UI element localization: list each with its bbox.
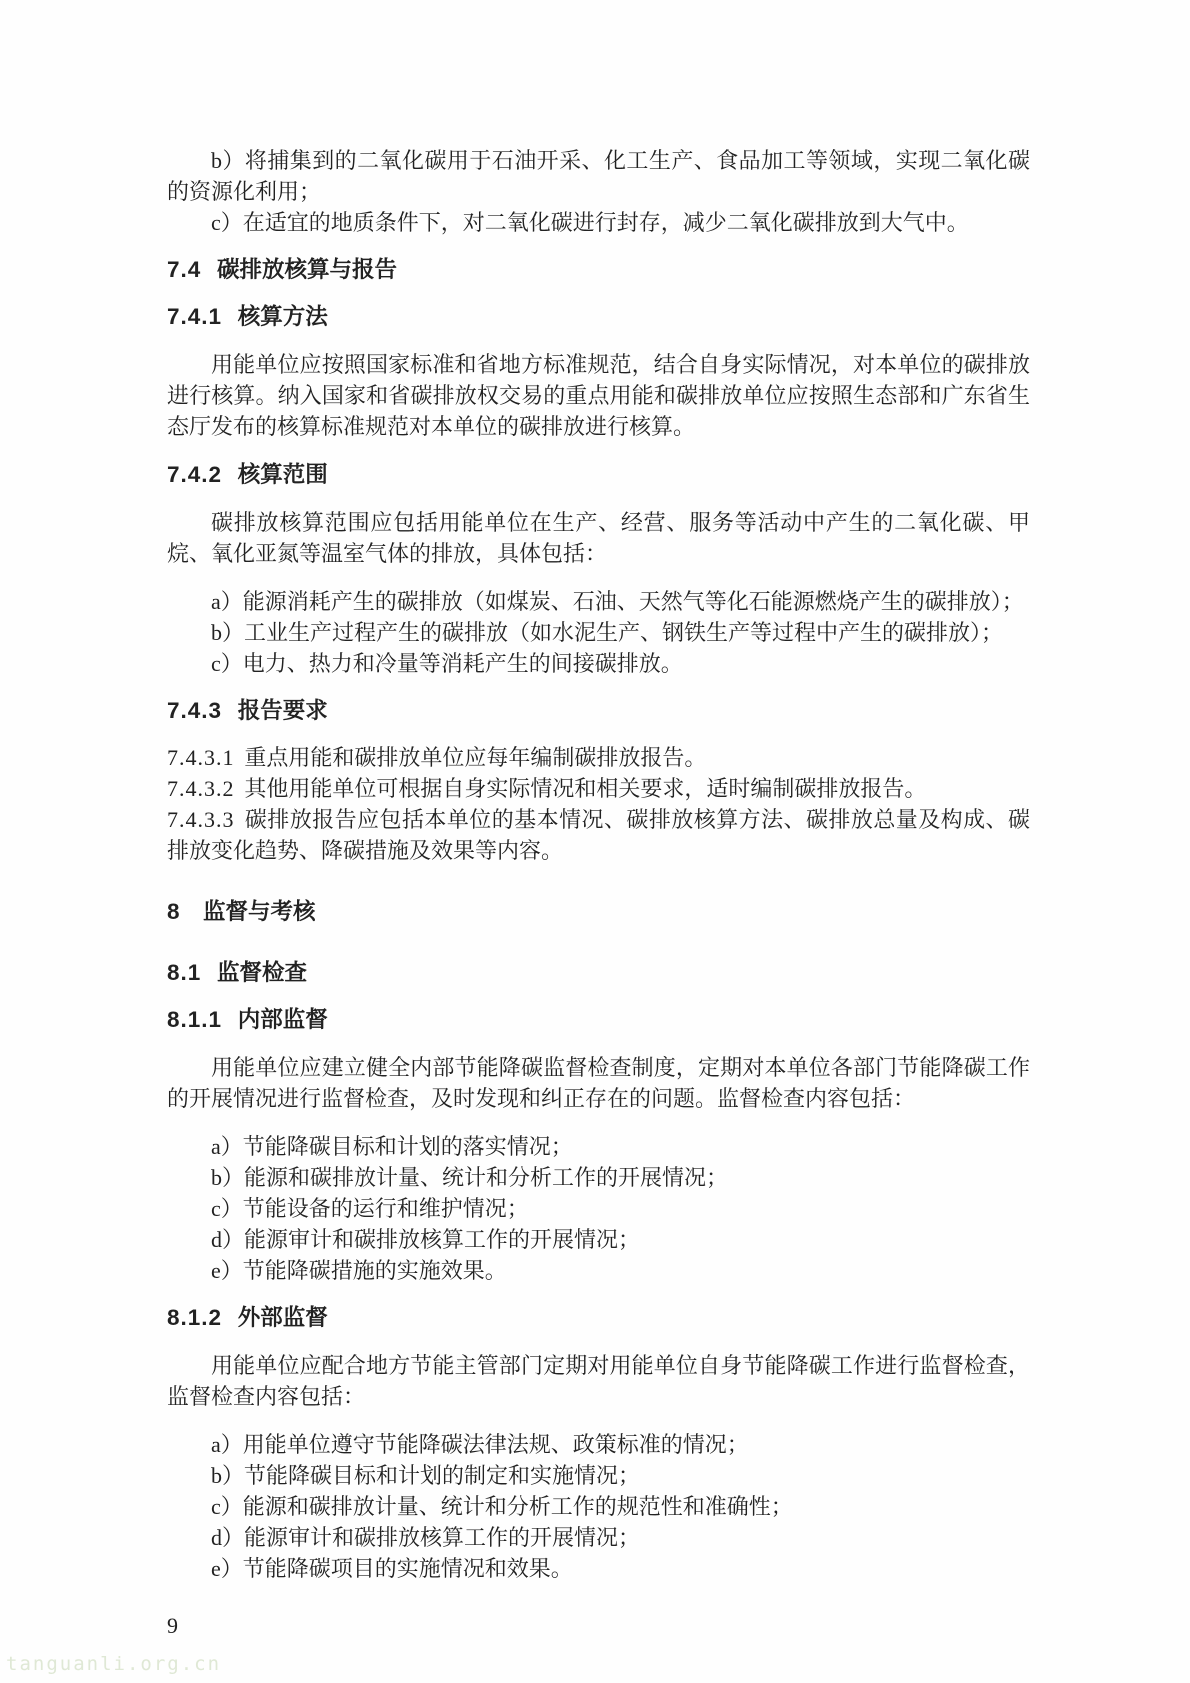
clause-text: 重点用能和碳排放单位应每年编制碳排放报告。	[244, 745, 706, 770]
watermark: tanguanli.org.cn	[6, 1653, 221, 1675]
list-item: c）电力、热力和冷量等消耗产生的间接碳排放。	[167, 648, 1030, 679]
paragraph: 碳排放核算范围应包括用能单位在生产、经营、服务等活动中产生的二氧化碳、甲烷、氧化…	[167, 507, 1030, 569]
list-item: b）将捕集到的二氧化碳用于石油开采、化工生产、食品加工等领域，实现二氧化碳的资源…	[167, 145, 1030, 207]
subsection-heading-number: 8.1.2	[167, 1305, 222, 1330]
chapter-heading-number: 8	[167, 899, 181, 924]
list-item: e）节能降碳措施的实施效果。	[167, 1255, 1030, 1286]
list-item: e）节能降碳项目的实施情况和效果。	[167, 1553, 1030, 1584]
list-item: c）能源和碳排放计量、统计和分析工作的规范性和准确性；	[167, 1491, 1030, 1522]
subsection-heading-text: 外部监督	[238, 1305, 328, 1330]
list-item: a）能源消耗产生的碳排放（如煤炭、石油、天然气等化石能源燃烧产生的碳排放）；	[167, 586, 1030, 617]
list-item: c）节能设备的运行和维护情况；	[167, 1193, 1030, 1224]
subsection-heading-number: 7.4.3	[167, 698, 222, 723]
chapter-heading: 8监督与考核	[167, 896, 1030, 927]
clause-number: 7.4.3.3	[167, 807, 235, 832]
page-body: b）将捕集到的二氧化碳用于石油开采、化工生产、食品加工等领域，实现二氧化碳的资源…	[167, 145, 1030, 1641]
subsection-heading: 8.1.2外部监督	[167, 1302, 1030, 1333]
clause-text: 碳排放报告应包括本单位的基本情况、碳排放核算方法、碳排放总量及构成、碳排放变化趋…	[167, 807, 1030, 863]
list-item: a）用能单位遵守节能降碳法律法规、政策标准的情况；	[167, 1429, 1030, 1460]
list-item: d）能源审计和碳排放核算工作的开展情况；	[167, 1224, 1030, 1255]
list-item: b）节能降碳目标和计划的制定和实施情况；	[167, 1460, 1030, 1491]
list-item: d）能源审计和碳排放核算工作的开展情况；	[167, 1522, 1030, 1553]
subsection-heading: 7.4.1核算方法	[167, 301, 1030, 332]
subsection-heading-number: 7.4.1	[167, 304, 222, 329]
list-item: a）节能降碳目标和计划的落实情况；	[167, 1131, 1030, 1162]
section-heading: 7.4碳排放核算与报告	[167, 254, 1030, 285]
subsection-heading-text: 核算范围	[238, 462, 328, 487]
document-page: b）将捕集到的二氧化碳用于石油开采、化工生产、食品加工等领域，实现二氧化碳的资源…	[0, 0, 1190, 1683]
list-item: b）工业生产过程产生的碳排放（如水泥生产、钢铁生产等过程中产生的碳排放）；	[167, 617, 1030, 648]
subsection-heading: 7.4.3报告要求	[167, 695, 1030, 726]
page-number: 9	[167, 1610, 1030, 1641]
list-item: b）能源和碳排放计量、统计和分析工作的开展情况；	[167, 1162, 1030, 1193]
clause-text: 其他用能单位可根据自身实际情况和相关要求，适时编制碳排放报告。	[244, 776, 926, 801]
clause: 7.4.3.1重点用能和碳排放单位应每年编制碳排放报告。	[167, 742, 1030, 773]
section-heading-number: 7.4	[167, 257, 201, 282]
subsection-heading-number: 7.4.2	[167, 462, 222, 487]
subsection-heading: 8.1.1内部监督	[167, 1004, 1030, 1035]
subsection-heading-text: 报告要求	[238, 698, 328, 723]
section-heading-text: 监督检查	[217, 960, 307, 985]
section-heading-number: 8.1	[167, 960, 201, 985]
clause-number: 7.4.3.2	[167, 776, 235, 801]
section-heading: 8.1监督检查	[167, 957, 1030, 988]
clause-number: 7.4.3.1	[167, 745, 235, 770]
paragraph: 用能单位应按照国家标准和省地方标准规范，结合自身实际情况，对本单位的碳排放进行核…	[167, 349, 1030, 442]
chapter-heading-text: 监督与考核	[203, 899, 316, 924]
paragraph: 用能单位应建立健全内部节能降碳监督检查制度，定期对本单位各部门节能降碳工作的开展…	[167, 1052, 1030, 1114]
subsection-heading-number: 8.1.1	[167, 1007, 222, 1032]
clause: 7.4.3.3碳排放报告应包括本单位的基本情况、碳排放核算方法、碳排放总量及构成…	[167, 804, 1030, 866]
list-item: c）在适宜的地质条件下，对二氧化碳进行封存，减少二氧化碳排放到大气中。	[167, 207, 1030, 238]
subsection-heading-text: 核算方法	[238, 304, 328, 329]
section-heading-text: 碳排放核算与报告	[217, 257, 397, 282]
subsection-heading: 7.4.2核算范围	[167, 459, 1030, 490]
paragraph: 用能单位应配合地方节能主管部门定期对用能单位自身节能降碳工作进行监督检查，监督检…	[167, 1350, 1030, 1412]
clause: 7.4.3.2其他用能单位可根据自身实际情况和相关要求，适时编制碳排放报告。	[167, 773, 1030, 804]
subsection-heading-text: 内部监督	[238, 1007, 328, 1032]
